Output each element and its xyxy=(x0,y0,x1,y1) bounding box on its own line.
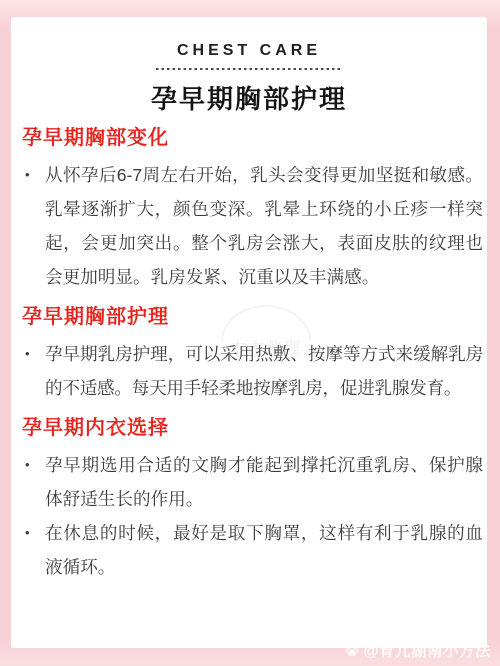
list-item: • 孕早期选用合适的文胸才能起到撑托沉重乳房、保护腺体舒适生长的作用。 xyxy=(22,448,483,516)
paw-icon xyxy=(344,642,360,658)
bullet-text: 从怀孕后6-7周左右开始，乳头会变得更加坚挺和敏感。乳晕逐渐扩大，颜色变深。乳晕… xyxy=(45,158,483,294)
section-heading: 孕早期胸部护理 xyxy=(22,304,487,330)
section-heading: 孕早期胸部变化 xyxy=(22,125,487,151)
content-card: CHEST CARE 孕早期胸部护理 孕早期胸部变化 • 从怀孕后6-7周左右开… xyxy=(11,17,487,648)
bullet-icon: • xyxy=(22,337,45,405)
section-breast-changes: 孕早期胸部变化 • 从怀孕后6-7周左右开始，乳头会变得更加坚挺和敏感。乳晕逐渐… xyxy=(22,125,487,294)
bullet-text: 孕早期选用合适的文胸才能起到撑托沉重乳房、保护腺体舒适生长的作用。 xyxy=(45,448,483,516)
list-item: • 孕早期乳房护理，可以采用热敷、按摩等方式来缓解乳房的不适感。每天用手轻柔地按… xyxy=(22,337,483,405)
section-underwear-choice: 孕早期内衣选择 • 孕早期选用合适的文胸才能起到撑托沉重乳房、保护腺体舒适生长的… xyxy=(22,415,487,584)
card-header: CHEST CARE 孕早期胸部护理 xyxy=(11,17,487,115)
corner-watermark: @育儿湖南小方法 xyxy=(344,639,491,661)
bullet-icon: • xyxy=(22,516,45,584)
bullet-text: 孕早期乳房护理，可以采用热敷、按摩等方式来缓解乳房的不适感。每天用手轻柔地按摩乳… xyxy=(45,337,483,405)
watermark-handle-text: @育儿湖南小方法 xyxy=(363,639,491,661)
list-item: • 在休息的时候，最好是取下胸罩，这样有利于乳腺的血液循环。 xyxy=(22,516,483,584)
bullet-text: 在休息的时候，最好是取下胸罩，这样有利于乳腺的血液循环。 xyxy=(45,516,483,584)
pink-frame-background: CHEST CARE 孕早期胸部护理 孕早期胸部变化 • 从怀孕后6-7周左右开… xyxy=(0,0,500,666)
dashed-divider xyxy=(156,68,342,70)
bullet-icon: • xyxy=(22,158,45,294)
eyebrow-text: CHEST CARE xyxy=(11,41,487,61)
card-content: 孕早期胸部变化 • 从怀孕后6-7周左右开始，乳头会变得更加坚挺和敏感。乳晕逐渐… xyxy=(11,125,487,584)
bullet-icon: • xyxy=(22,448,45,516)
page-title: 孕早期胸部护理 xyxy=(11,83,487,115)
section-heading: 孕早期内衣选择 xyxy=(22,415,487,441)
section-breast-care: 孕早期胸部护理 • 孕早期乳房护理，可以采用热敷、按摩等方式来缓解乳房的不适感。… xyxy=(22,304,487,405)
list-item: • 从怀孕后6-7周左右开始，乳头会变得更加坚挺和敏感。乳晕逐渐扩大，颜色变深。… xyxy=(22,158,483,294)
